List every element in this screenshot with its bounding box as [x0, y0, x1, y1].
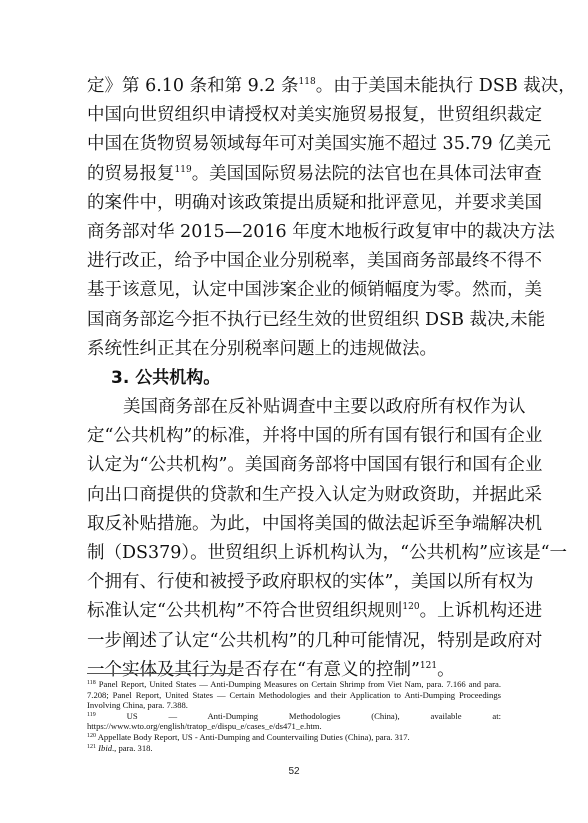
- text-line: 基于该意见，认定中国涉案企业的倾销幅度为零。然而，美: [87, 276, 501, 305]
- footnote-121: 121 Ibid., para. 318.: [87, 743, 501, 754]
- text-line: 商务部对华 2015—2016 年度木地板行政复审中的裁决方法: [87, 218, 501, 247]
- footnotes: 118 Panel Report, United States — Anti-D…: [87, 679, 501, 753]
- text-line: 向出口商提供的贷款和生产投入认定为财政资助，并据此采: [87, 481, 501, 510]
- footnote-119: 119 US — Anti-Dumping Methodologies (Chi…: [87, 711, 501, 732]
- text-line: 认定为“公共机构”。美国商务部将中国国有银行和国有企业: [87, 451, 501, 480]
- document-page: 定》第 6.10 条和第 9.2 条118。由于美国未能执行 DSB 裁决，中国…: [0, 0, 588, 823]
- text-line: 美国商务部在反补贴调查中主要以政府所有权作为认: [87, 393, 501, 422]
- text-line: 中国向世贸组织申请授权对美实施贸易报复，世贸组织裁定: [87, 101, 501, 130]
- text-line: 制（DS379）。世贸组织上诉机构认为，“公共机构”应该是“一: [87, 539, 501, 568]
- text-line: 的案件中，明确对该政策提出质疑和批评意见，并要求美国: [87, 189, 501, 218]
- text-line: 进行改正，给予中国企业分别税率，美国商务部最终不得不: [87, 247, 501, 276]
- text-line: 标准认定“公共机构”不符合世贸组织规则120。上诉机构还进: [87, 597, 501, 626]
- text-line: 取反补贴措施。为此，中国将美国的做法起诉至争端解决机: [87, 510, 501, 539]
- footnote-ref[interactable]: 121: [420, 661, 437, 671]
- text-line: 一步阐述了认定“公共机构”的几种可能情况，特别是政府对: [87, 627, 501, 656]
- text-line: 中国在货物贸易领域每年可对美国实施不超过 35.79 亿美元: [87, 130, 501, 159]
- page-number: 52: [0, 766, 588, 777]
- footnote-ref[interactable]: 118: [299, 77, 316, 87]
- footnote-ref[interactable]: 119: [175, 165, 192, 175]
- text-line: 定“公共机构”的标准，并将中国的所有国有银行和国有企业: [87, 422, 501, 451]
- section-heading: 3. 公共机构。: [87, 364, 501, 393]
- text-line: 的贸易报复119。美国国际贸易法院的法官也在具体司法审查: [87, 160, 501, 189]
- footnote-118: 118 Panel Report, United States — Anti-D…: [87, 679, 501, 711]
- text-line: 系统性纠正其在分别税率问题上的违规做法。: [87, 335, 501, 364]
- paragraph-public-body: 美国商务部在反补贴调查中主要以政府所有权作为认定“公共机构”的标准，并将中国的所…: [87, 393, 501, 685]
- text-line: 国商务部迄今拒不执行已经生效的世贸组织 DSB 裁决,未能: [87, 306, 501, 335]
- footnote-separator: [87, 673, 231, 674]
- footnote-ref[interactable]: 120: [402, 602, 419, 612]
- text-line: 定》第 6.10 条和第 9.2 条118。由于美国未能执行 DSB 裁决，: [87, 72, 501, 101]
- text-line: 个拥有、行使和被授予政府职权的实体”，美国以所有权为: [87, 568, 501, 597]
- body-text: 定》第 6.10 条和第 9.2 条118。由于美国未能执行 DSB 裁决，中国…: [87, 72, 501, 685]
- footnote-120: 120 Appellate Body Report, US - Anti-Dum…: [87, 732, 501, 743]
- paragraph-separate-rates: 定》第 6.10 条和第 9.2 条118。由于美国未能执行 DSB 裁决，中国…: [87, 72, 501, 364]
